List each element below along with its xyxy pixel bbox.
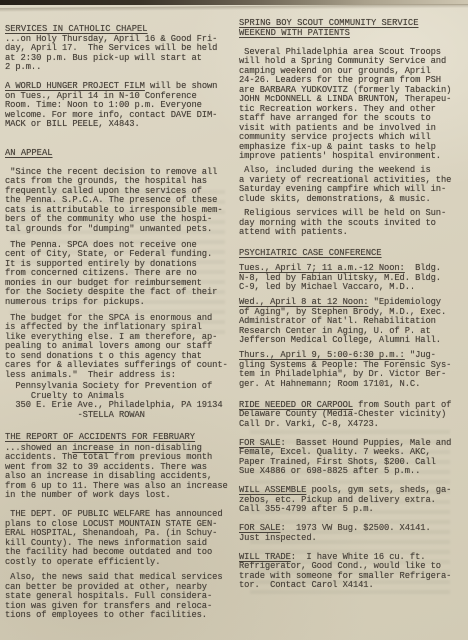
text-line: Jefferson Medical College, Alumni Hall. bbox=[239, 336, 466, 346]
paper-crease bbox=[0, 4, 468, 12]
text-line: tions of employees to other facilities. bbox=[5, 611, 236, 621]
heading-boy-scout-weekend: SPRING BOY SCOUT COMMUNITY SERVICEWEEKEN… bbox=[239, 19, 466, 38]
newsletter-page: SERVICES IN CATHOLIC CHAPEL...on Holy Th… bbox=[0, 0, 468, 640]
para-public-welfare-2: Also, the news said that medical service… bbox=[5, 573, 236, 621]
text-line: numerous trips for pickups. bbox=[5, 298, 236, 308]
para-will-trade: WILL TRADE: I have White 16 cu. ft.Refri… bbox=[239, 553, 466, 591]
para-scout-2: Also, included during the weekend isa va… bbox=[239, 166, 466, 204]
text-line: less animals." Their address is: bbox=[5, 371, 236, 381]
heading-psychiatric-case-conference: PSYCHIATRIC CASE CONFERENCE bbox=[239, 249, 466, 259]
para-services-chapel: ...on Holy Thursday, April 16 & Good Fri… bbox=[5, 35, 236, 73]
para-world-hunger-film: A WORLD HUNGER PROJECT FILM will be show… bbox=[5, 82, 236, 130]
right-column: SPRING BOY SCOUT COMMUNITY SERVICEWEEKEN… bbox=[239, 19, 466, 591]
text-line: MACK or BILL PEELE, X4843. bbox=[5, 120, 236, 130]
text-line: -STELLA ROWAN bbox=[5, 411, 236, 421]
heading-line: THE REPORT OF ACCIDENTS FOR FEBRUARY bbox=[5, 433, 236, 443]
text-line: Call Dr. Varki, C-8, X4723. bbox=[239, 420, 466, 430]
text-line: ger. At Hahnemann; Room 17101, N.C. bbox=[239, 380, 466, 390]
text-line: costly to operate efficiently. bbox=[5, 558, 236, 568]
heading-accident-report: THE REPORT OF ACCIDENTS FOR FEBRUARY bbox=[5, 433, 236, 443]
para-ride-needed: RIDE NEEDED OR CARPOOL from South part o… bbox=[239, 401, 466, 430]
para-scout-1: Several Philadelphia area Scout Troopswi… bbox=[239, 48, 466, 162]
para-appeal-1: "Since the recent decision to remove all… bbox=[5, 168, 236, 235]
text-line: in the number of work days lost. bbox=[5, 491, 236, 501]
text-line: Sue X4886 or 698-8825 after 5 p.m.. bbox=[239, 467, 466, 477]
heading-line: AN APPEAL bbox=[5, 149, 236, 159]
address-spca: Pennsylvania Society for Prevention of C… bbox=[5, 382, 236, 420]
heading-line: WEEKEND WITH PATIENTS bbox=[239, 29, 466, 39]
text-line: tor. Contact Carol X4141. bbox=[239, 581, 466, 591]
para-for-sale-puppies: FOR SALE: Basset Hound Puppies, Male and… bbox=[239, 439, 466, 477]
para-conference-wed: Wed., April 8 at 12 Noon: "Epidemiologyo… bbox=[239, 298, 466, 346]
para-public-welfare-1: THE DEPT. OF PUBLIC WELFARE has announce… bbox=[5, 510, 236, 567]
para-conference-thurs: Thurs., April 9, 5:00-6:30 p.m.: "Jug-gl… bbox=[239, 351, 466, 389]
heading-an-appeal: AN APPEAL bbox=[5, 149, 236, 159]
para-appeal-2: The Penna. SPCA does not receive onecent… bbox=[5, 241, 236, 308]
para-scout-3: Religious services will be held on Sun-d… bbox=[239, 209, 466, 238]
para-will-assemble: WILL ASSEMBLE pools, gym sets, sheds, ga… bbox=[239, 486, 466, 515]
para-for-sale-vw: FOR SALE: 1973 VW Bug. $2500. X4141.Just… bbox=[239, 524, 466, 543]
text-line: attend with patients. bbox=[239, 228, 466, 238]
text-line: improve patients' hospital environment. bbox=[239, 152, 466, 162]
left-column: SERVICES IN CATHOLIC CHAPEL...on Holy Th… bbox=[5, 25, 236, 621]
para-conference-tues: Tues., April 7; 11 a.m.-12 Noon: Bldg.N-… bbox=[239, 264, 466, 293]
heading-line: PSYCHIATRIC CASE CONFERENCE bbox=[239, 249, 466, 259]
text-line: Call 355-4799 after 5 p.m. bbox=[239, 505, 466, 515]
text-line: C-9, led by Michael Vaccaro, M.D.. bbox=[239, 283, 466, 293]
text-line: tal grounds for "dumping" unwanted pets. bbox=[5, 225, 236, 235]
text-line: Just inspected. bbox=[239, 534, 466, 544]
para-appeal-3: The budget for the SPCA is enormous andi… bbox=[5, 314, 236, 381]
text-line: 2 p.m.. bbox=[5, 63, 236, 73]
text-line: clude skits, demonstrations, & music. bbox=[239, 195, 466, 205]
para-accident-report: ...showed an increase in non-disablingac… bbox=[5, 444, 236, 501]
